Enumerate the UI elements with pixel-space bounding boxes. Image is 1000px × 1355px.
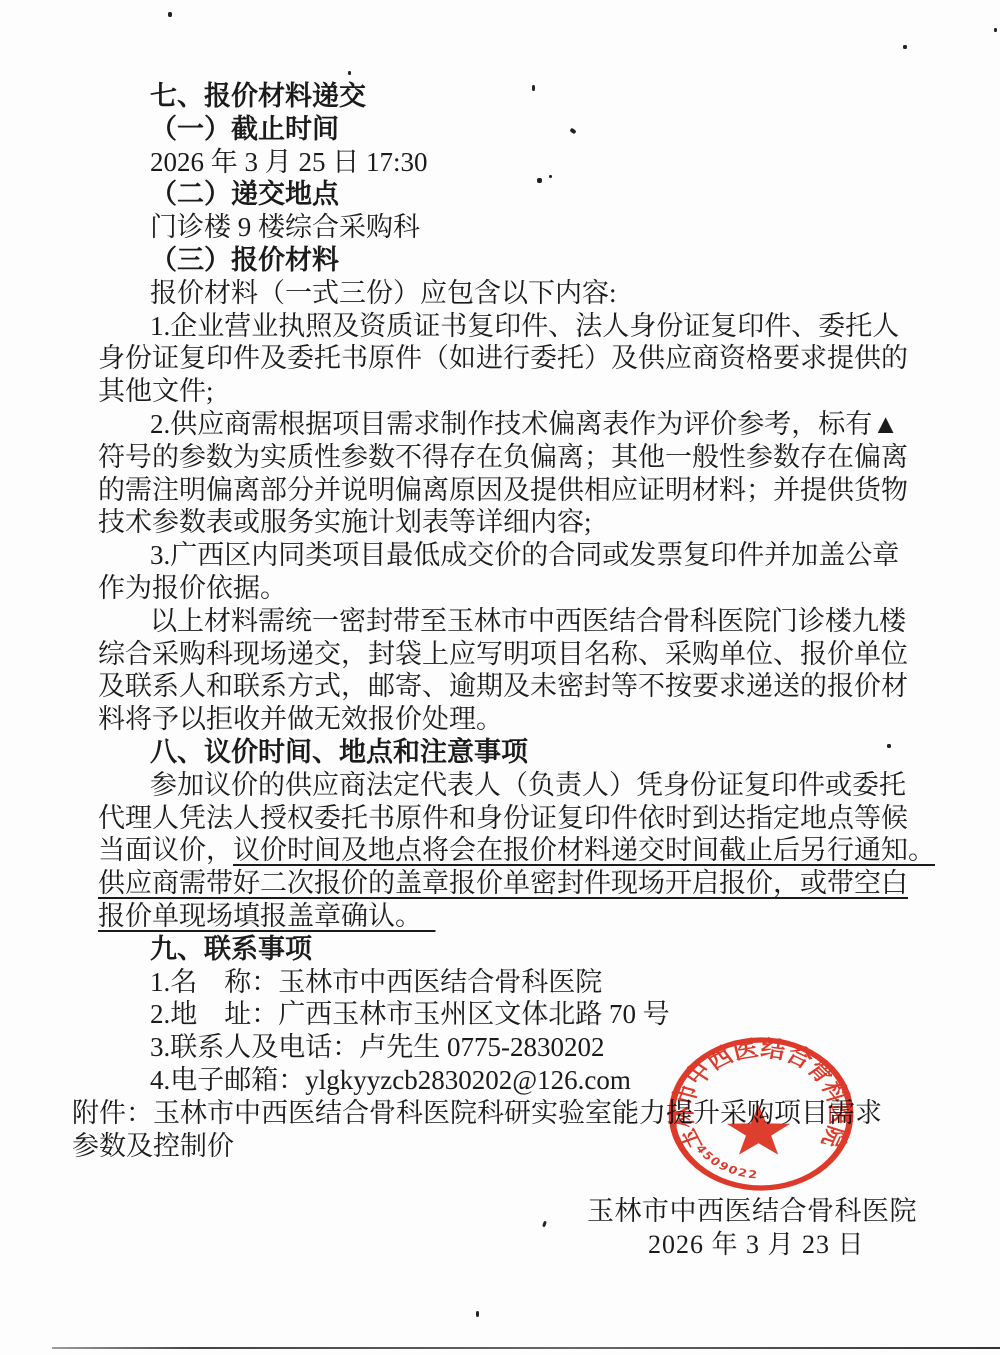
text-segment: （二）递交地点 (150, 179, 339, 209)
document-line: 其他文件; (72, 375, 932, 408)
document-line: 报价单现场填报盖章确认。 (72, 900, 932, 933)
text-segment: 当面议价， (98, 835, 233, 865)
text-segment: 的需注明偏离部分并说明偏离原因及提供相应证明材料；并提供货物 (98, 475, 908, 505)
document-line: 的需注明偏离部分并说明偏离原因及提供相应证明材料；并提供货物 (72, 474, 932, 507)
text-segment: 供应商需带好二次报价的盖章报价单密封件现场开启报价，或带空白 (98, 868, 908, 898)
document-line: 参加议价的供应商法定代表人（负责人）凭身份证复印件或委托 (72, 769, 932, 802)
scanned-document-page: 七、报价材料递交（一）截止时间2026 年 3 月 25 日 17:30（二）递… (0, 0, 1000, 1355)
document-line: 3.广西区内同类项目最低成交价的合同或发票复印件并加盖公章 (72, 539, 932, 572)
document-lines: 七、报价材料递交（一）截止时间2026 年 3 月 25 日 17:30（二）递… (72, 80, 932, 1162)
document-line: 符号的参数为实质性参数不得存在负偏离；其他一般性参数存在偏离 (72, 441, 932, 474)
text-segment: （一）截止时间 (150, 114, 339, 144)
document-line: 报价材料（一式三份）应包含以下内容: (72, 277, 932, 310)
text-segment: 八、议价时间、地点和注意事项 (150, 737, 528, 767)
document-line: 料将予以拒收并做无效报价处理。 (72, 703, 932, 736)
text-segment: 报价材料（一式三份）应包含以下内容: (150, 278, 617, 308)
text-segment: 2026 年 3 月 25 日 17:30 (150, 147, 428, 177)
text-segment: 技术参数表或服务实施计划表等详细内容; (98, 507, 592, 537)
text-segment: 及联系人和联系方式，邮寄、逾期及未密封等不按要求递送的报价材 (98, 671, 908, 701)
document-line: （一）截止时间 (72, 113, 932, 146)
document-line: 以上材料需统一密封带至玉林市中西医结合骨科医院门诊楼九楼 (72, 605, 932, 638)
document-line: 当面议价，议价时间及地点将会在报价材料递交时间截止后另行通知。 (72, 834, 932, 867)
text-segment: 参数及控制价 (72, 1131, 234, 1161)
document-line: 综合采购科现场递交，封袋上应写明项目名称、采购单位、报价单位 (72, 638, 932, 671)
text-segment: 2.供应商需根据项目需求制作技术偏离表作为评价参考，标有▲ (150, 409, 899, 439)
scan-edge-line (52, 1347, 1000, 1349)
scan-speck (542, 1221, 547, 1228)
document-line: 1.企业营业执照及资质证书复印件、法人身份证复印件、委托人 (72, 310, 932, 343)
scan-speck (168, 12, 172, 17)
text-segment: 料将予以拒收并做无效报价处理。 (98, 704, 503, 734)
document-line: 技术参数表或服务实施计划表等详细内容; (72, 506, 932, 539)
document-line: 代理人凭法人授权委托书原件和身份证复印件依时到达指定地点等候 (72, 802, 932, 835)
document-line: 供应商需带好二次报价的盖章报价单密封件现场开启报价，或带空白 (72, 867, 932, 900)
document-line: 作为报价依据。 (72, 572, 932, 605)
document-line: 2.供应商需根据项目需求制作技术偏离表作为评价参考，标有▲ (72, 408, 932, 441)
scan-speck (994, 28, 997, 32)
document-line: （二）递交地点 (72, 178, 932, 211)
text-segment: 1.名 称：玉林市中西医结合骨科医院 (150, 967, 602, 997)
text-segment: 作为报价依据。 (98, 573, 287, 603)
document-line: 及联系人和联系方式，邮寄、逾期及未密封等不按要求递送的报价材 (72, 670, 932, 703)
text-segment: 3.广西区内同类项目最低成交价的合同或发票复印件并加盖公章 (150, 540, 899, 570)
text-segment: 其他文件; (98, 376, 214, 406)
text-segment: 代理人凭法人授权委托书原件和身份证复印件依时到达指定地点等候 (98, 803, 908, 833)
text-segment: 九、联系事项 (150, 934, 312, 964)
scan-speck (532, 85, 535, 91)
text-segment: 参加议价的供应商法定代表人（负责人）凭身份证复印件或委托 (150, 770, 906, 800)
scan-speck (549, 175, 552, 178)
text-segment: 4.电子邮箱：ylgkyyzcb2830202@126.com (150, 1065, 631, 1095)
text-segment: 议价时间及地点将会在报价材料递交时间截止后另行通知。 (233, 835, 935, 865)
text-segment: 身份证复印件及委托书原件（如进行委托）及供应商资格要求提供的 (98, 343, 908, 373)
scan-speck (476, 1311, 479, 1317)
official-seal: 玉林市中西医结合骨科医院 4509022 (663, 1016, 859, 1212)
text-segment: 1.企业营业执照及资质证书复印件、法人身份证复印件、委托人 (150, 311, 899, 341)
text-segment: （三）报价材料 (150, 245, 339, 275)
scan-speck (348, 71, 351, 75)
signature-date: 2026 年 3 月 23 日 (648, 1224, 865, 1261)
scan-speck (903, 45, 907, 49)
document-line: 九、联系事项 (72, 933, 932, 966)
document-line: 2026 年 3 月 25 日 17:30 (72, 146, 932, 179)
document-line: 八、议价时间、地点和注意事项 (72, 736, 932, 769)
scan-speck (887, 744, 891, 748)
text-segment: 3.联系人及电话：卢先生 0775-2830202 (150, 1032, 605, 1062)
document-line: 1.名 称：玉林市中西医结合骨科医院 (72, 966, 932, 999)
text-segment: 2.地 址：广西玉林市玉州区文体北路 70 号 (150, 999, 670, 1029)
seal-star-icon (727, 1105, 790, 1155)
document-line: 七、报价材料递交 (72, 80, 932, 113)
text-segment: 门诊楼 9 楼综合采购科 (150, 212, 420, 242)
document-line: （三）报价材料 (72, 244, 932, 277)
document-line: 门诊楼 9 楼综合采购科 (72, 211, 932, 244)
text-segment: 报价单现场填报盖章确认。 (98, 901, 409, 931)
text-segment: 综合采购科现场递交，封袋上应写明项目名称、采购单位、报价单位 (98, 639, 908, 669)
scan-speck (537, 178, 542, 183)
text-segment: 七、报价材料递交 (150, 81, 366, 111)
text-segment (409, 901, 436, 931)
text-segment: 符号的参数为实质性参数不得存在负偏离；其他一般性参数存在偏离 (98, 442, 908, 472)
document-line: 身份证复印件及委托书原件（如进行委托）及供应商资格要求提供的 (72, 342, 932, 375)
text-segment: 以上材料需统一密封带至玉林市中西医结合骨科医院门诊楼九楼 (150, 606, 906, 636)
